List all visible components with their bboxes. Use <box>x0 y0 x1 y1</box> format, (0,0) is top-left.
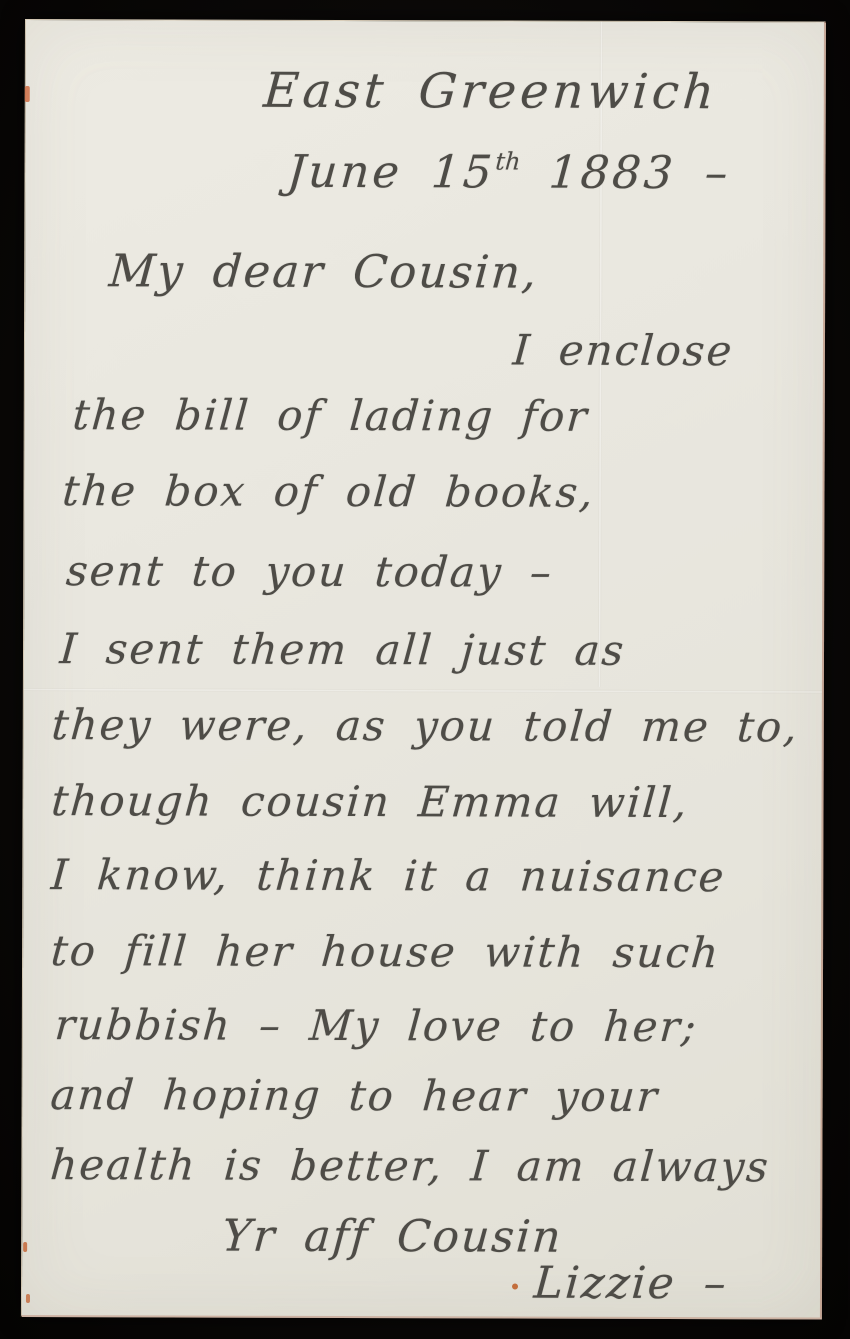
date-suffix: 1883 – <box>518 146 733 200</box>
letter-date-line: June 15th 1883 – <box>286 149 732 195</box>
date-ordinal-superscript: th <box>494 147 521 175</box>
letter-body-line: rubbish – My love to her; <box>53 1004 699 1048</box>
letter-body-line: to fill her house with such <box>50 930 722 974</box>
letter-signature: Lizzie – <box>532 1262 729 1307</box>
letter-body-line: though cousin Emma will, <box>50 780 690 824</box>
letter-body-line: the bill of lading for <box>71 394 590 438</box>
letter-place-line: East Greenwich <box>262 67 720 116</box>
letter-body-line: the box of old books, <box>61 470 596 514</box>
paper-edge-fleck <box>25 86 30 102</box>
letter-closing: Yr aff Cousin <box>221 1215 565 1260</box>
letter-body-line: sent to you today – <box>65 550 555 594</box>
fold-crease-horizontal <box>24 688 822 694</box>
paper-spot <box>512 1284 518 1290</box>
letter-body-line: health is better, I am always <box>49 1144 771 1188</box>
letter-salutation: My dear Cousin, <box>108 248 540 294</box>
letter-paper: East Greenwich June 15th 1883 – My dear … <box>21 19 826 1320</box>
letter-photograph: East Greenwich June 15th 1883 – My dear … <box>0 0 850 1339</box>
letter-body-line: I enclose <box>511 330 735 373</box>
letter-body-line: I know, think it a nuisance <box>50 854 727 898</box>
letter-body-line: they were, as you told me to, <box>50 704 800 748</box>
paper-edge-fleck <box>23 1242 27 1252</box>
letter-body-line: and hoping to hear your <box>49 1074 660 1118</box>
letter-body-line: I sent them all just as <box>58 628 626 672</box>
paper-edge-fleck <box>26 1294 30 1303</box>
date-prefix: June 15 <box>286 145 497 199</box>
